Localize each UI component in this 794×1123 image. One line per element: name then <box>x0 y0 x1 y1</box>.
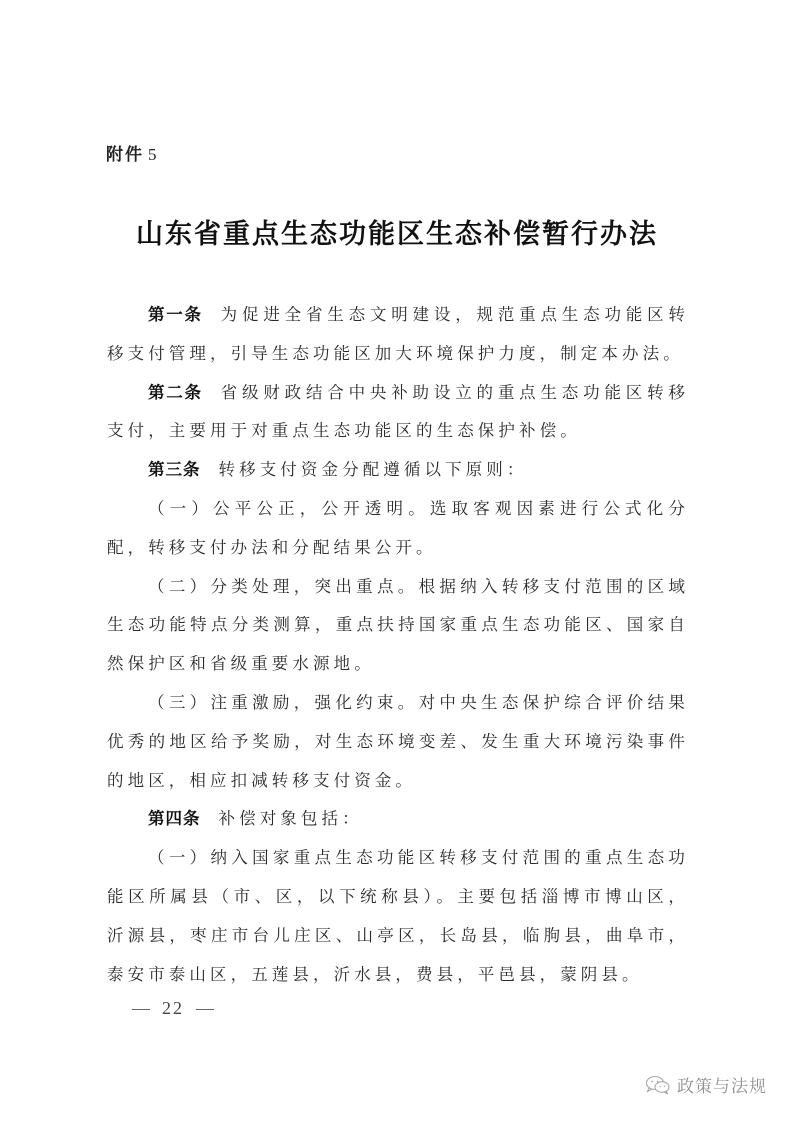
wechat-icon <box>645 1075 671 1095</box>
document-page: 附件5 山东省重点生态功能区生态补偿暂行办法 第一条为促进全省生态文明建设，规范… <box>0 0 794 1123</box>
article-2: 第二条省级财政结合中央补助设立的重点生态功能区转移支付，主要用于对重点生态功能区… <box>107 374 689 452</box>
article-4: 第四条补偿对象包括： <box>107 800 689 839</box>
article-number: 第三条 <box>148 460 201 479</box>
page-number-dash-left <box>132 1009 150 1010</box>
article-number: 第四条 <box>148 809 201 828</box>
article-number: 第二条 <box>148 383 203 402</box>
page-number-dash-right <box>196 1009 214 1010</box>
page-number-value: 22 <box>162 998 184 1018</box>
clause-text: （三）注重激励，强化约束。对中央生态保护综合评价结果优秀的地区给予奖励，对生态环… <box>107 693 689 790</box>
article-text: 补偿对象包括： <box>219 809 363 828</box>
article-1: 第一条为促进全省生态文明建设，规范重点生态功能区转移支付管理，引导生态功能区加大… <box>107 296 689 374</box>
attachment-label: 附件5 <box>106 140 159 165</box>
article-text: 转移支付资金分配遵循以下原则： <box>219 460 528 479</box>
principle-2: （二）分类处理，突出重点。根据纳入转移支付范围的区域生态功能特点分类测算，重点扶… <box>107 568 689 684</box>
article-3: 第三条转移支付资金分配遵循以下原则： <box>107 451 689 490</box>
attachment-number: 5 <box>148 145 159 164</box>
document-title: 山东省重点生态功能区生态补偿暂行办法 <box>0 212 794 251</box>
document-body: 第一条为促进全省生态文明建设，规范重点生态功能区转移支付管理，引导生态功能区加大… <box>107 296 689 994</box>
clause-text: （一）公平公正，公开透明。选取客观因素进行公式化分配，转移支付办法和分配结果公开… <box>107 499 689 557</box>
article-number: 第一条 <box>148 305 203 324</box>
watermark: 政策与法规 <box>645 1072 767 1097</box>
clause-text: （二）分类处理，突出重点。根据纳入转移支付范围的区域生态功能特点分类测算，重点扶… <box>107 577 689 674</box>
watermark-text: 政策与法规 <box>677 1072 767 1097</box>
principle-3: （三）注重激励，强化约束。对中央生态保护综合评价结果优秀的地区给予奖励，对生态环… <box>107 684 689 800</box>
clause-text: （一）纳入国家重点生态功能区转移支付范围的重点生态功能区所属县（市、区，以下统称… <box>107 848 689 983</box>
compensation-target-1: （一）纳入国家重点生态功能区转移支付范围的重点生态功能区所属县（市、区，以下统称… <box>107 839 689 994</box>
principle-1: （一）公平公正，公开透明。选取客观因素进行公式化分配，转移支付办法和分配结果公开… <box>107 490 689 568</box>
page-number: 22 <box>120 998 226 1019</box>
attachment-label-text: 附件 <box>106 145 144 165</box>
